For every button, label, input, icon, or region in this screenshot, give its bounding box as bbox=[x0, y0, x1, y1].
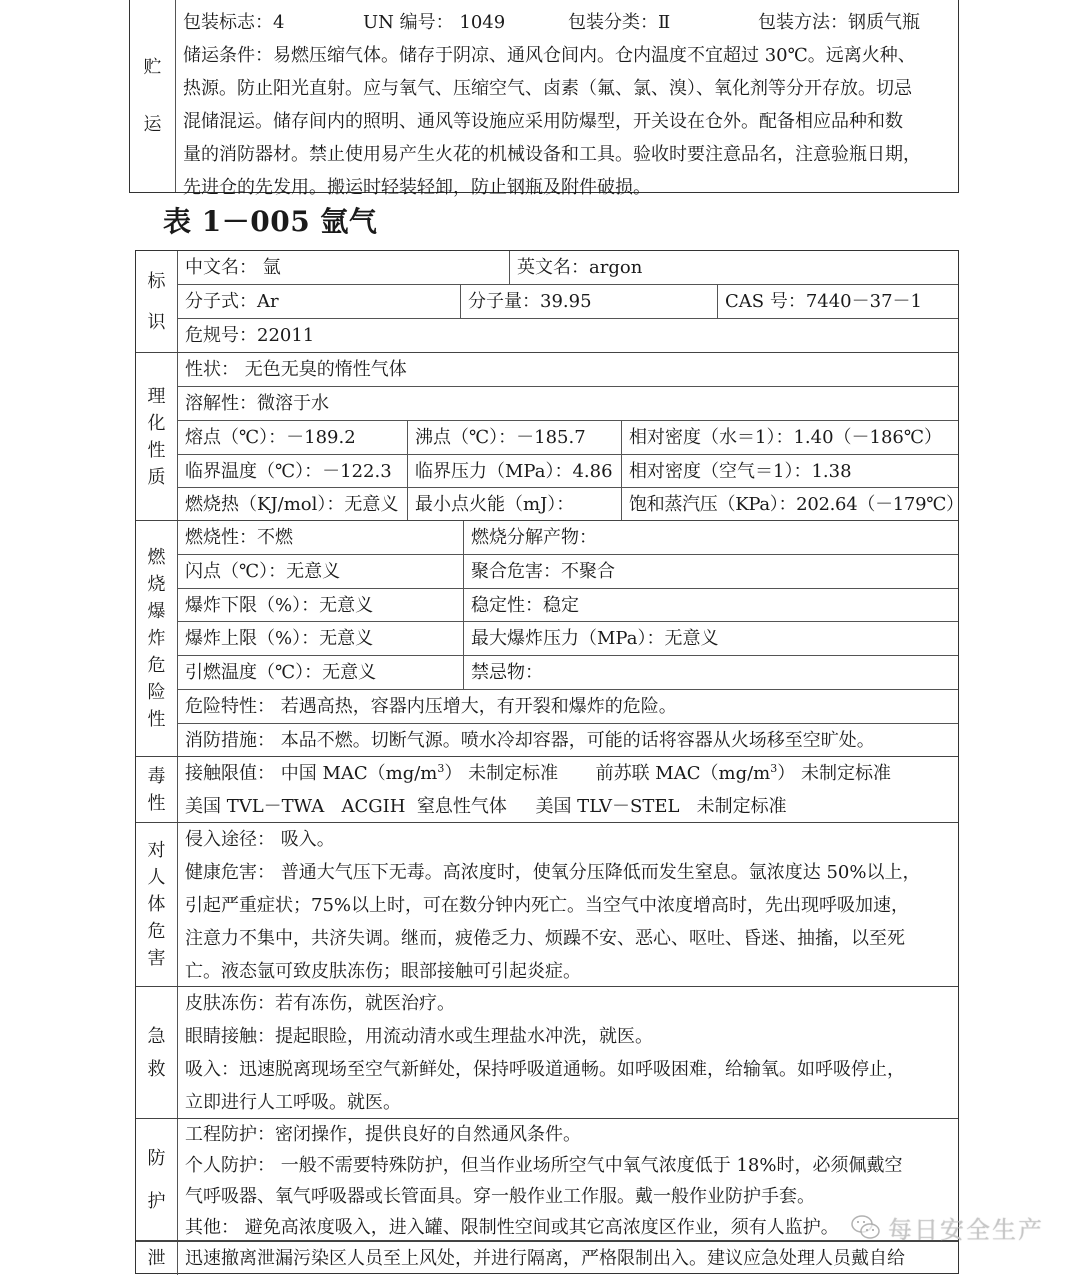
hazard-number: 危规号：22011 bbox=[178, 319, 958, 352]
toxicity-section: 毒 性 接触限值： 中国 MAC（mg/m3） 未制定标准 前苏联 MAC（mg… bbox=[136, 756, 958, 822]
ussr-mac-value: ） 未制定标准 bbox=[777, 763, 891, 784]
section-label-char: 人 bbox=[148, 864, 166, 891]
flash-point: 闪点（℃）：无意义 bbox=[178, 555, 463, 588]
us-limits: 美国 TVL－TWA ACGIH 窒息性气体 美国 TLV－STEL 未制定标准 bbox=[185, 790, 952, 823]
chinese-name: 中文名： 氩 bbox=[178, 251, 509, 284]
first-aid-content: 皮肤冻伤：若有冻伤，就医治疗。 眼睛接触：提起眼睑，用流动清水或生理盐水冲洗，就… bbox=[178, 987, 952, 1119]
first-aid-section: 急 救 皮肤冻伤：若有冻伤，就医治疗。 眼睛接触：提起眼睑，用流动清水或生理盐水… bbox=[136, 986, 958, 1118]
health-line: 侵入途径： 吸入。 bbox=[185, 823, 952, 856]
section-label-char: 运 bbox=[144, 111, 162, 138]
toxicity-content: 接触限值： 中国 MAC（mg/m3） 未制定标准 前苏联 MAC（mg/m3）… bbox=[178, 757, 952, 823]
first-aid-line: 立即进行人工呼吸。就医。 bbox=[185, 1086, 952, 1119]
combustion-row: 爆炸上限（%）：无意义 最大爆炸压力（MPa）：无意义 bbox=[178, 621, 958, 655]
section-label-char: 急 bbox=[148, 1023, 166, 1050]
un-number: UN 编号： 1049 bbox=[363, 6, 505, 39]
pack-class: 包装分类：Ⅱ bbox=[568, 6, 670, 39]
properties-label: 理 化 性 质 bbox=[136, 353, 178, 520]
incompatibles: 禁忌物： bbox=[463, 656, 958, 689]
leak-section: 泄 迅速撤离泄漏污染区人员至上风处，并进行隔离，严格限制出入。建议应急处理人员戴… bbox=[136, 1240, 958, 1275]
id-row: 分子式：Ar 分子量：39.95 CAS 号：7440－37－1 bbox=[178, 284, 958, 318]
section-label-char: 性 bbox=[148, 437, 166, 464]
storage-content: 包装标志：4 UN 编号： 1049 包装分类：Ⅱ 包装方法：钢质气瓶 储运条件… bbox=[176, 6, 952, 204]
flammability: 燃烧性：不燃 bbox=[178, 521, 463, 554]
critical-pressure: 临界压力（MPa）：4.86 bbox=[407, 455, 621, 487]
section-label-char: 理 bbox=[148, 383, 166, 410]
id-row: 危规号：22011 bbox=[178, 318, 958, 352]
storage-line: 储运条件：易燃压缩气体。储存于阴凉、通风仓间内。仓内温度不宜超过 30℃。远离火… bbox=[183, 39, 952, 72]
stability: 稳定性：稳定 bbox=[463, 589, 958, 621]
section-label-char: 防 bbox=[148, 1145, 166, 1172]
section-label-char: 危 bbox=[148, 918, 166, 945]
pack-method: 包装方法：钢质气瓶 bbox=[758, 6, 920, 39]
section-label-char: 性 bbox=[148, 706, 166, 733]
combustion-row: 燃烧性：不燃 燃烧分解产物： bbox=[178, 521, 958, 554]
toxicity-label: 毒 性 bbox=[136, 757, 178, 822]
argon-msds-table: 标 识 中文名： 氩 英文名：argon 分子式：Ar 分子量：39.95 CA… bbox=[135, 250, 959, 1274]
combustion-products: 燃烧分解产物： bbox=[463, 521, 958, 554]
section-label-char: 性 bbox=[148, 790, 166, 817]
vapor-pressure: 饱和蒸汽压（KPa）：202.64（－179℃） bbox=[621, 488, 958, 521]
min-ignition-energy: 最小点火能（mJ）： bbox=[407, 488, 621, 521]
english-name: 英文名：argon bbox=[509, 251, 958, 284]
combustion-row: 爆炸下限（%）：无意义 稳定性：稳定 bbox=[178, 588, 958, 621]
combustion-row: 危险特性： 若遇高热，容器内压增大，有开裂和爆炸的危险。 bbox=[178, 689, 958, 723]
section-label-char: 对 bbox=[148, 837, 166, 864]
storage-section-label: 贮 运 bbox=[130, 0, 176, 192]
upper-explosive-limit: 爆炸上限（%）：无意义 bbox=[178, 622, 463, 655]
section-label-char: 质 bbox=[148, 464, 166, 491]
section-label-char: 毒 bbox=[148, 763, 166, 790]
section-label-char: 化 bbox=[148, 410, 166, 437]
health-line: 引起严重症状；75%以上时，可在数分钟内死亡。当空气中浓度增高时，先出现呼吸加速… bbox=[185, 889, 952, 922]
health-line: 健康危害： 普通大气压下无毒。高浓度时，使氧分压降低而发生窒息。氩浓度达 50%… bbox=[185, 856, 952, 889]
health-line: 亡。液态氩可致皮肤冻伤；眼部接触可引起炎症。 bbox=[185, 955, 952, 988]
section-label-char: 燃 bbox=[148, 544, 166, 571]
storage-line: 混储混运。储存间内的照明、通风等设施应采用防爆型，开关设在仓外。配备相应品种和数 bbox=[183, 105, 952, 138]
health-label: 对 人 体 危 害 bbox=[136, 823, 178, 986]
critical-temperature: 临界温度（℃）：－122.3 bbox=[178, 455, 407, 487]
ussr-mac-label: 前苏联 MAC（mg/m bbox=[596, 763, 771, 784]
hazard-characteristics: 危险特性： 若遇高热，容器内压增大，有开裂和爆炸的危险。 bbox=[178, 690, 958, 723]
combustion-label: 燃 烧 爆 炸 危 险 性 bbox=[136, 521, 178, 756]
protection-line: 工程防护：密闭操作，提供良好的自然通风条件。 bbox=[185, 1119, 952, 1150]
leak-content: 迅速撤离泄漏污染区人员至上风处，并进行隔离，严格限制出入。建议应急处理人员戴自给 bbox=[178, 1242, 952, 1275]
solubility: 溶解性：微溶于水 bbox=[178, 387, 958, 420]
protection-line: 个人防护： 一般不需要特殊防护，但当作业场所空气中氧气浓度低于 18%时，必须佩… bbox=[185, 1150, 952, 1181]
combustion-section: 燃 烧 爆 炸 危 险 性 燃烧性：不燃 燃烧分解产物： 闪点（℃）：无意义 聚… bbox=[136, 520, 958, 756]
pack-mark: 包装标志：4 bbox=[183, 6, 284, 39]
identification-section: 标 识 中文名： 氩 英文名：argon 分子式：Ar 分子量：39.95 CA… bbox=[136, 251, 958, 352]
combustion-row: 消防措施： 本品不燃。切断气源。喷水冷却容器，可能的话将容器从火场移至空旷处。 bbox=[178, 723, 958, 757]
polymerization-hazard: 聚合危害：不聚合 bbox=[463, 555, 958, 588]
leak-label: 泄 bbox=[136, 1242, 178, 1275]
boiling-point: 沸点（℃）：－185.7 bbox=[407, 421, 621, 454]
watermark: 每日安全生产 bbox=[850, 1210, 1044, 1245]
protection-section: 防 护 工程防护：密闭操作，提供良好的自然通风条件。 个人防护： 一般不需要特殊… bbox=[136, 1118, 958, 1240]
section-label-char: 泄 bbox=[148, 1245, 166, 1272]
properties-section: 理 化 性 质 性状： 无色无臭的惰性气体 溶解性：微溶于水 熔点（℃）：－18… bbox=[136, 352, 958, 520]
section-label-char: 护 bbox=[148, 1188, 166, 1215]
section-label-char: 烧 bbox=[148, 571, 166, 598]
china-mac-value: ） 未制定标准 bbox=[444, 763, 558, 784]
storage-line: 热源。防止阳光直射。应与氧气、压缩空气、卤素（氟、氯、溴）、氧化剂等分开存放。切… bbox=[183, 72, 952, 105]
storage-line: 量的消防器材。禁止使用易产生火花的机械设备和工具。验收时要注意品名，注意验瓶日期… bbox=[183, 138, 952, 171]
prop-row: 溶解性：微溶于水 bbox=[178, 386, 958, 420]
section-label-char: 险 bbox=[148, 679, 166, 706]
exposure-limits: 接触限值： 中国 MAC（mg/m3） 未制定标准 前苏联 MAC（mg/m3）… bbox=[185, 757, 952, 790]
heat-of-combustion: 燃烧热（KJ/mol）：无意义 bbox=[178, 488, 407, 521]
protection-content: 工程防护：密闭操作，提供良好的自然通风条件。 个人防护： 一般不需要特殊防护，但… bbox=[178, 1119, 952, 1243]
appearance: 性状： 无色无臭的惰性气体 bbox=[178, 353, 958, 386]
max-explosion-pressure: 最大爆炸压力（MPa）：无意义 bbox=[463, 622, 958, 655]
health-content: 侵入途径： 吸入。 健康危害： 普通大气压下无毒。高浓度时，使氧分压降低而发生窒… bbox=[178, 823, 952, 988]
molecular-weight: 分子量：39.95 bbox=[460, 285, 717, 318]
prop-row: 燃烧热（KJ/mol）：无意义 最小点火能（mJ）： 饱和蒸汽压（KPa）：20… bbox=[178, 487, 958, 521]
protection-line: 气呼吸器、氧气呼吸器或长管面具。穿一般作业工作服。戴一般作业防护手套。 bbox=[185, 1181, 952, 1212]
combustion-row: 闪点（℃）：无意义 聚合危害：不聚合 bbox=[178, 554, 958, 588]
section-label-char: 标 bbox=[148, 268, 166, 295]
section-label-char: 危 bbox=[148, 652, 166, 679]
cas-number: CAS 号：7440－37－1 bbox=[717, 285, 958, 318]
section-label-char: 体 bbox=[148, 891, 166, 918]
combustion-row: 引燃温度（℃）：无意义 禁忌物： bbox=[178, 655, 958, 689]
lower-explosive-limit: 爆炸下限（%）：无意义 bbox=[178, 589, 463, 621]
storage-table: 贮 运 包装标志：4 UN 编号： 1049 包装分类：Ⅱ 包装方法：钢质气瓶 … bbox=[129, 0, 959, 193]
protection-label: 防 护 bbox=[136, 1119, 178, 1240]
protection-line: 其他： 避免高浓度吸入，进入罐、限制性空间或其它高浓度区作业，须有人监护。 bbox=[185, 1212, 952, 1243]
relative-density-air: 相对密度（空气＝1）：1.38 bbox=[621, 455, 958, 487]
section-label-char: 害 bbox=[148, 945, 166, 972]
prop-row: 性状： 无色无臭的惰性气体 bbox=[178, 353, 958, 386]
section-label-char: 炸 bbox=[148, 625, 166, 652]
section-label-char: 贮 bbox=[144, 54, 162, 81]
section-label-char: 识 bbox=[148, 309, 166, 336]
first-aid-line: 吸入：迅速脱离现场至空气新鲜处，保持呼吸道通畅。如呼吸困难，给输氧。如呼吸停止， bbox=[185, 1053, 952, 1086]
leak-line: 迅速撤离泄漏污染区人员至上风处，并进行隔离，严格限制出入。建议应急处理人员戴自给 bbox=[185, 1242, 952, 1275]
table-title: 表 1－005 氩气 bbox=[163, 200, 377, 240]
wechat-icon bbox=[850, 1214, 882, 1242]
identification-label: 标 识 bbox=[136, 251, 178, 352]
section-label-char: 爆 bbox=[148, 598, 166, 625]
formula: 分子式：Ar bbox=[178, 285, 460, 318]
health-section: 对 人 体 危 害 侵入途径： 吸入。 健康危害： 普通大气压下无毒。高浓度时，… bbox=[136, 822, 958, 986]
prop-row: 熔点（℃）：－189.2 沸点（℃）：－185.7 相对密度（水＝1）：1.40… bbox=[178, 420, 958, 454]
relative-density-water: 相对密度（水＝1）：1.40（－186℃） bbox=[621, 421, 958, 454]
ignition-temperature: 引燃温度（℃）：无意义 bbox=[178, 656, 463, 689]
id-row: 中文名： 氩 英文名：argon bbox=[178, 251, 958, 284]
prop-row: 临界温度（℃）：－122.3 临界压力（MPa）：4.86 相对密度（空气＝1）… bbox=[178, 454, 958, 487]
melting-point: 熔点（℃）：－189.2 bbox=[178, 421, 407, 454]
china-mac-label: 接触限值： 中国 MAC（mg/m bbox=[185, 763, 437, 784]
firefighting-measures: 消防措施： 本品不燃。切断气源。喷水冷却容器，可能的话将容器从火场移至空旷处。 bbox=[178, 724, 958, 757]
first-aid-label: 急 救 bbox=[136, 987, 178, 1118]
first-aid-line: 眼睛接触：提起眼睑，用流动清水或生理盐水冲洗，就医。 bbox=[185, 1020, 952, 1053]
section-label-char: 救 bbox=[148, 1056, 166, 1083]
health-line: 注意力不集中，共济失调。继而，疲倦乏力、烦躁不安、恶心、呕吐、昏迷、抽搐，以至死 bbox=[185, 922, 952, 955]
first-aid-line: 皮肤冻伤：若有冻伤，就医治疗。 bbox=[185, 987, 952, 1020]
watermark-text: 每日安全生产 bbox=[888, 1210, 1044, 1245]
